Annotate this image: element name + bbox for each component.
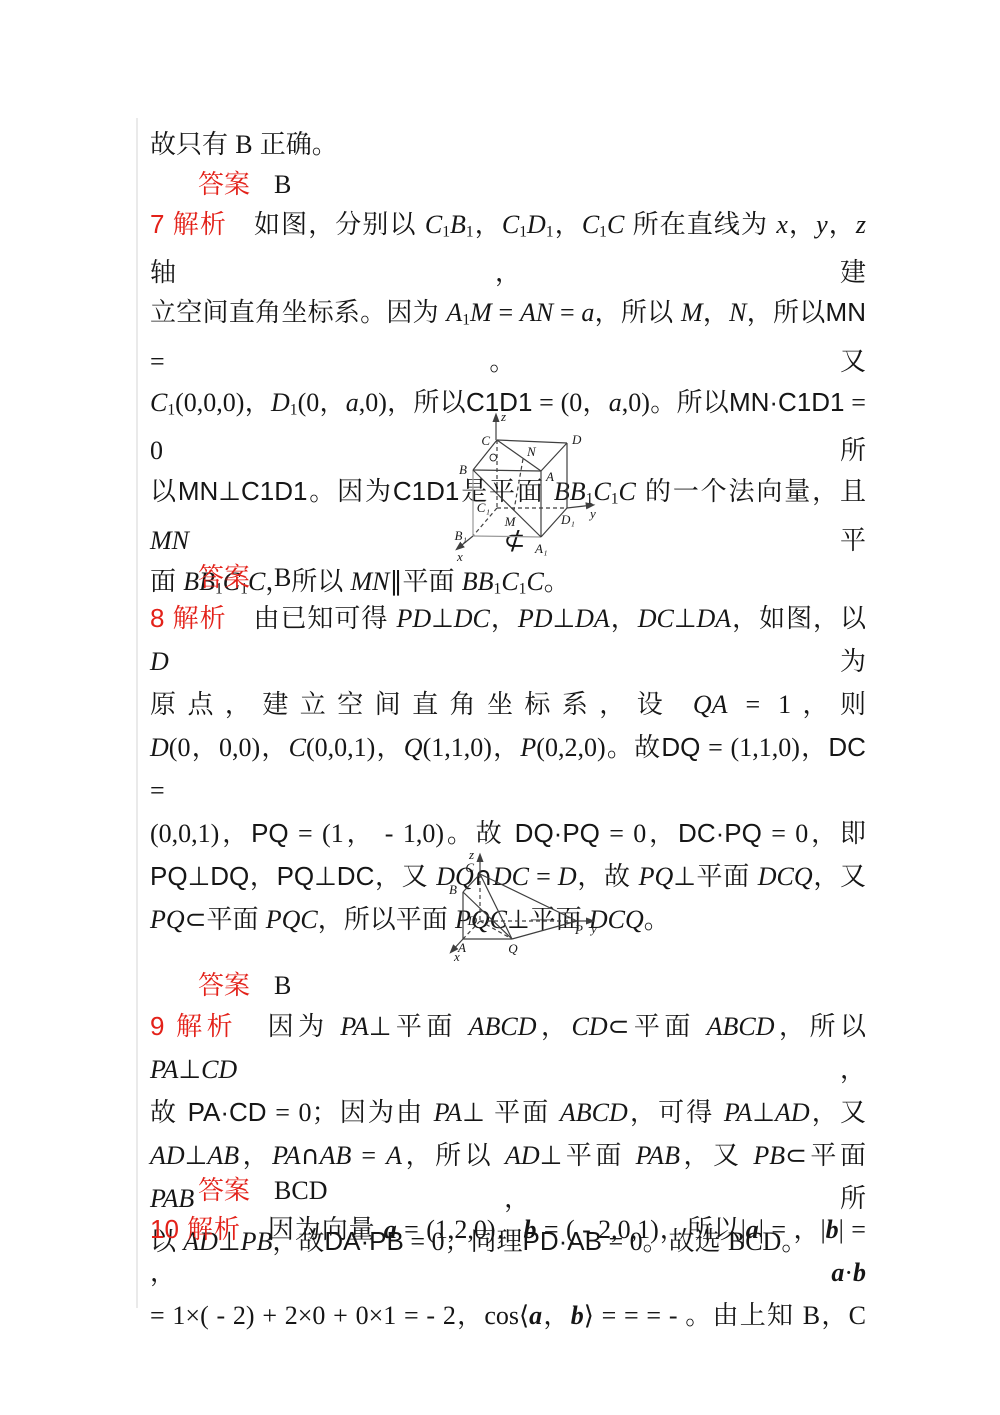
cube-labels: z y x C D B A N C₁ D₁ B₁ A₁ M xyxy=(455,409,596,564)
vertex-label-D1: D₁ xyxy=(560,512,575,527)
tetrahedron-svg: z y x C B D A Q P xyxy=(440,849,605,964)
page-edge-line xyxy=(136,118,138,1308)
vertex-label-B: B xyxy=(459,462,467,477)
axis-label-y: y xyxy=(589,921,597,936)
figure-tetrahedron-diagram: z y x C B D A Q P xyxy=(440,849,605,969)
edge-PC xyxy=(480,874,577,921)
axis-label-z: z xyxy=(500,409,506,424)
answer-line-8: 答案B xyxy=(150,965,866,1006)
axis-label-y: y xyxy=(588,506,596,521)
text-line: 8 解析 由已知可得 PD⊥DC，PD⊥DA，DC⊥DA，如图，以 D 为 xyxy=(150,597,866,683)
answer-line-6: 答案B xyxy=(150,164,866,205)
text-line: 10 解析 因为向量 a = (1,2,0)，b = ( - 2,0,1)，所以… xyxy=(150,1208,866,1294)
edge-QP xyxy=(512,921,577,939)
text-line: 故只有 B 正确。 xyxy=(150,124,866,165)
segment-NM xyxy=(514,459,523,510)
text-line: 7 解析 如图，分别以 C1B1，C1D1，C1C 所在直线为 x，y，z 轴，… xyxy=(150,204,866,292)
text-line: 原点，建立空间直角坐标系，设 QA = 1，则 xyxy=(150,683,866,726)
cube-svg: z y x C D B A N C₁ D₁ B₁ A₁ M xyxy=(440,408,610,566)
edge-B1A1 xyxy=(473,536,541,537)
answer-label: 答案 xyxy=(198,970,250,1000)
edge-BA xyxy=(473,470,541,471)
edge-CD xyxy=(497,440,567,443)
vertex-label-A1: A₁ xyxy=(534,541,547,556)
text-line: 故 PA·CD = 0；因为由 PA⊥ 平面 ABCD，可得 PA⊥AD，又 xyxy=(150,1091,866,1134)
answer-line-9: 答案BCD xyxy=(150,1170,866,1211)
answer-line-7: 答案B xyxy=(150,557,866,598)
text-line: 9 解析 因为 PA⊥平面 ABCD，CD⊂平面 ABCD，所以 PA⊥CD， xyxy=(150,1005,866,1091)
intro-line: 故只有 B 正确。 xyxy=(150,124,866,165)
point-label-M: M xyxy=(504,514,517,529)
tetra-labels: z y x C B D A Q P xyxy=(449,849,597,964)
vertex-label-C1: C₁ xyxy=(477,500,490,515)
vertex-label-Q: Q xyxy=(508,941,518,956)
solution-paragraph-10: 10 解析 因为向量 a = (1,2,0)，b = ( - 2,0,1)，所以… xyxy=(150,1208,866,1337)
edge-CQ xyxy=(480,874,512,939)
vertex-label-A: A xyxy=(545,469,554,484)
answer-value: B xyxy=(274,971,291,1000)
figure-cube-diagram: z y x C D B A N C₁ D₁ B₁ A₁ M xyxy=(440,408,610,571)
answer-label: 答案 xyxy=(198,169,250,199)
text-line: 立空间直角坐标系。因为 A1M = AN = a，所以 M，N，所以MN =。又 xyxy=(150,292,866,381)
text-line: = 1×( - 2) + 2×0 + 0×1 = - 2，cos⟨a，b⟩ = … xyxy=(150,1294,866,1337)
answer-value: B xyxy=(274,563,291,592)
text-line: D(0，0,0)，C(0,0,1)，Q(1,1,0)，P(0,2,0)。故DQ … xyxy=(150,726,866,812)
vertex-label-C: C xyxy=(481,433,490,448)
vertex-label-C: C xyxy=(465,860,474,875)
edge-CB xyxy=(463,874,480,892)
vertex-label-P: P xyxy=(574,922,583,937)
answer-value: BCD xyxy=(274,1176,327,1205)
point-label-N: N xyxy=(526,444,537,459)
answer-label: 答案 xyxy=(198,1175,250,1205)
vertex-label-B: B xyxy=(449,882,457,897)
vertex-label-A: A xyxy=(457,940,466,955)
vertex-label-D: D xyxy=(571,432,582,447)
vertex-label-B1: B₁ xyxy=(455,528,467,543)
answer-label: 答案 xyxy=(198,562,250,592)
vertex-label-D: D xyxy=(467,913,478,928)
edge-AD xyxy=(541,443,567,471)
answer-value: B xyxy=(274,170,291,199)
